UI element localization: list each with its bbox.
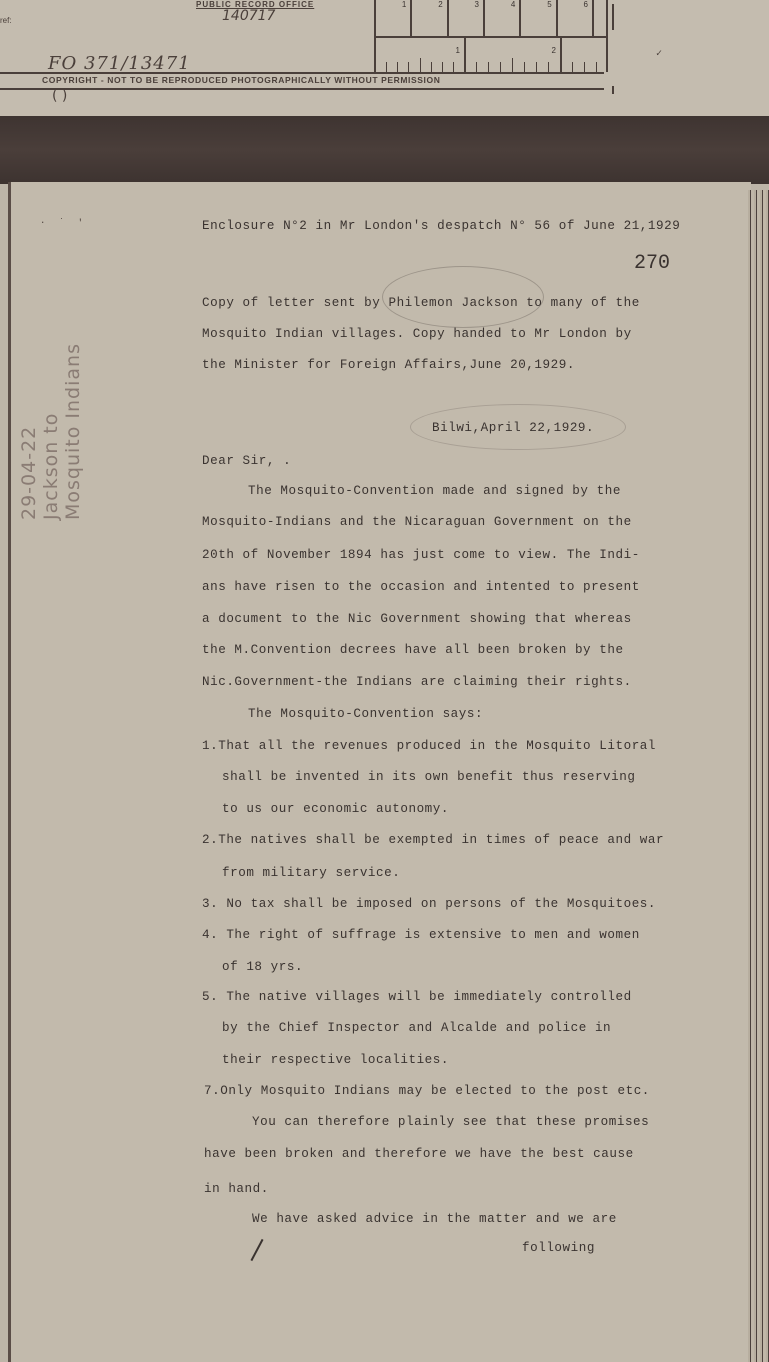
article-line: of 18 yrs. bbox=[222, 960, 303, 974]
archive-header-strip: PUBLIC RECORD OFFICE 140717 ref: FO 371/… bbox=[0, 0, 769, 118]
ruler-label: 1 bbox=[402, 0, 406, 9]
ruler-label: 5 bbox=[547, 0, 551, 9]
article-line: 1.That all the revenues produced in the … bbox=[202, 739, 656, 753]
measurement-ruler: 1 2 3 4 5 6 1 2 bbox=[374, 0, 608, 72]
page-stack-edge bbox=[748, 190, 769, 1362]
paragraph-line: You can therefore plainly see that these… bbox=[252, 1115, 649, 1129]
salutation: Dear Sir, . bbox=[202, 454, 291, 468]
ruler-cell: 5 bbox=[521, 0, 557, 36]
intro-line: the Minister for Foreign Affairs,June 20… bbox=[202, 358, 575, 372]
record-office-number: 140717 bbox=[222, 8, 275, 24]
ruler-cell: 6 bbox=[558, 0, 594, 36]
ruler-side-mark bbox=[612, 86, 614, 94]
folio-number: 270 bbox=[634, 252, 670, 275]
paragraph-line: Mosquito-Indians and the Nicaraguan Gove… bbox=[202, 515, 632, 529]
paragraph-line: We have asked advice in the matter and w… bbox=[252, 1212, 617, 1226]
article-line: 2.The natives shall be exempted in times… bbox=[202, 833, 664, 847]
article-line: 5. The native villages will be immediate… bbox=[202, 990, 632, 1004]
article-line: 3. No tax shall be imposed on persons of… bbox=[202, 897, 656, 911]
ruler-label: 4 bbox=[511, 0, 515, 9]
bracket-mark: ( ) bbox=[52, 88, 67, 104]
ruler-cell: 4 bbox=[485, 0, 521, 36]
tick-mark: ✓ bbox=[656, 48, 662, 60]
continuation-catchword: following bbox=[522, 1241, 595, 1255]
intro-line: Mosquito Indian villages. Copy handed to… bbox=[202, 327, 632, 341]
article-line: 4. The right of suffrage is extensive to… bbox=[202, 928, 640, 942]
ruler-segment: 2 bbox=[466, 38, 562, 72]
copyright-bar: COPYRIGHT - NOT TO BE REPRODUCED PHOTOGR… bbox=[0, 72, 604, 90]
article-line: 7.Only Mosquito Indians may be elected t… bbox=[204, 1084, 650, 1098]
ruler-label: 2 bbox=[552, 46, 556, 55]
article-line: their respective localities. bbox=[222, 1053, 449, 1067]
ruler-segment bbox=[562, 38, 606, 72]
article-line: from military service. bbox=[222, 866, 400, 880]
annotation-date: 29-04-22 bbox=[18, 343, 40, 520]
article-line: by the Chief Inspector and Alcalde and p… bbox=[222, 1021, 611, 1035]
copyright-notice: COPYRIGHT - NOT TO BE REPRODUCED PHOTOGR… bbox=[42, 75, 440, 85]
ruler-top-scale: 1 2 3 4 5 6 bbox=[376, 0, 606, 38]
article-line: to us our economic autonomy. bbox=[222, 802, 449, 816]
ruler-side-mark bbox=[612, 4, 614, 30]
paragraph-line: in hand. bbox=[204, 1182, 269, 1196]
paragraph-line: 20th of November 1894 has just come to v… bbox=[202, 548, 640, 562]
intro-line: Copy of letter sent by Philemon Jackson … bbox=[202, 296, 640, 310]
pencil-margin-annotation: 29-04-22 Jackson to Mosquito Indians bbox=[18, 343, 84, 520]
annotation-line: Mosquito Indians bbox=[62, 343, 84, 520]
margin-dots: · ˙ ' bbox=[40, 218, 87, 228]
reference-label: ref: bbox=[0, 16, 12, 25]
ruler-cell: 2 bbox=[412, 0, 448, 36]
ruler-cell: 1 bbox=[376, 0, 412, 36]
paragraph-line: the M.Convention decrees have all been b… bbox=[202, 643, 624, 657]
dateline: Bilwi,April 22,1929. bbox=[432, 421, 594, 435]
paragraph-line: ans have risen to the occasion and inten… bbox=[202, 580, 640, 594]
ruler-cell: 3 bbox=[449, 0, 485, 36]
ruler-bottom-scale: 1 2 bbox=[376, 38, 606, 72]
ruler-cell-end bbox=[594, 0, 606, 36]
paragraph-line: Nic.Government-the Indians are claiming … bbox=[202, 675, 632, 689]
ruler-label: 2 bbox=[438, 0, 442, 9]
enclosure-heading: Enclosure N°2 in Mr London's despatch N°… bbox=[202, 219, 680, 233]
file-reference: FO 371/13471 bbox=[48, 53, 191, 74]
paragraph-line: have been broken and therefore we have t… bbox=[204, 1147, 634, 1161]
ruler-label: 3 bbox=[475, 0, 479, 9]
ruler-label: 6 bbox=[584, 0, 588, 9]
convention-intro: The Mosquito-Convention says: bbox=[248, 707, 483, 721]
article-line: shall be invented in its own benefit thu… bbox=[222, 770, 635, 784]
scan-dark-band bbox=[0, 116, 769, 184]
ruler-segment: 1 bbox=[376, 38, 466, 72]
paragraph-line: a document to the Nic Government showing… bbox=[202, 612, 632, 626]
annotation-line: Jackson to bbox=[40, 343, 62, 520]
paragraph-line: The Mosquito-Convention made and signed … bbox=[248, 484, 621, 498]
ruler-label: 1 bbox=[456, 46, 460, 55]
